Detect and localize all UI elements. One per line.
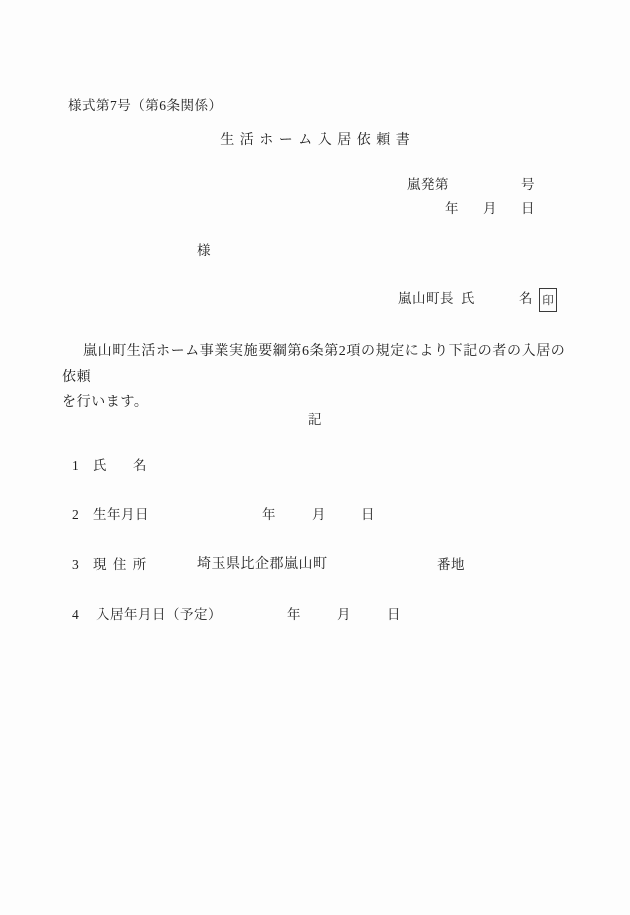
item-2-day-label: 日 bbox=[361, 507, 375, 523]
item-1-label-shi: 氏 bbox=[93, 458, 107, 474]
date-month-label: 月 bbox=[483, 201, 497, 217]
sender-title: 嵐山町長 bbox=[398, 291, 454, 307]
item-2-year-label: 年 bbox=[262, 507, 276, 523]
item-1-label-mei: 名 bbox=[133, 458, 147, 474]
sender-givenname-label: 名 bbox=[519, 291, 533, 307]
item-3-address-prefix: 埼玉県比企郡嵐山町 bbox=[197, 557, 328, 574]
date-day-label: 日 bbox=[521, 201, 535, 217]
item-1-number: 1 bbox=[72, 458, 79, 474]
seal-box: 印 bbox=[539, 288, 557, 312]
body-line-1: 嵐山町生活ホーム事業実施要綱第6条第2項の規定により下記の者の入居の依頼 bbox=[62, 339, 568, 390]
doc-number-suffix: 号 bbox=[521, 177, 535, 193]
seal-mark: 印 bbox=[542, 292, 554, 308]
document-title: 生活ホーム入居依頼書 bbox=[0, 133, 630, 150]
body-paragraph: 嵐山町生活ホーム事業実施要綱第6条第2項の規定により下記の者の入居の依頼 を行い… bbox=[62, 339, 568, 416]
item-4-month-label: 月 bbox=[337, 607, 351, 623]
document-page: 様式第7号（第6条関係） 生活ホーム入居依頼書 嵐発第 号 年 月 日 様 嵐山… bbox=[0, 0, 630, 915]
item-2-number: 2 bbox=[72, 507, 79, 523]
recipient-honorific: 様 bbox=[197, 243, 211, 259]
item-4-number: 4 bbox=[72, 607, 79, 623]
list-heading: 記 bbox=[0, 412, 630, 428]
item-4-day-label: 日 bbox=[387, 607, 401, 623]
doc-number-prefix: 嵐発第 bbox=[407, 177, 449, 193]
item-3-address-suffix: 番地 bbox=[437, 557, 465, 573]
item-2-label: 生年月日 bbox=[93, 507, 149, 523]
item-3-number: 3 bbox=[72, 557, 79, 573]
item-4-label: 入居年月日（予定） bbox=[96, 607, 222, 623]
date-year-label: 年 bbox=[445, 201, 459, 217]
item-3-label: 現 住 所 bbox=[93, 557, 148, 573]
sender-surname-label: 氏 bbox=[461, 291, 475, 307]
item-4-year-label: 年 bbox=[287, 607, 301, 623]
item-2-month-label: 月 bbox=[312, 507, 326, 523]
form-number: 様式第7号（第6条関係） bbox=[68, 98, 223, 114]
